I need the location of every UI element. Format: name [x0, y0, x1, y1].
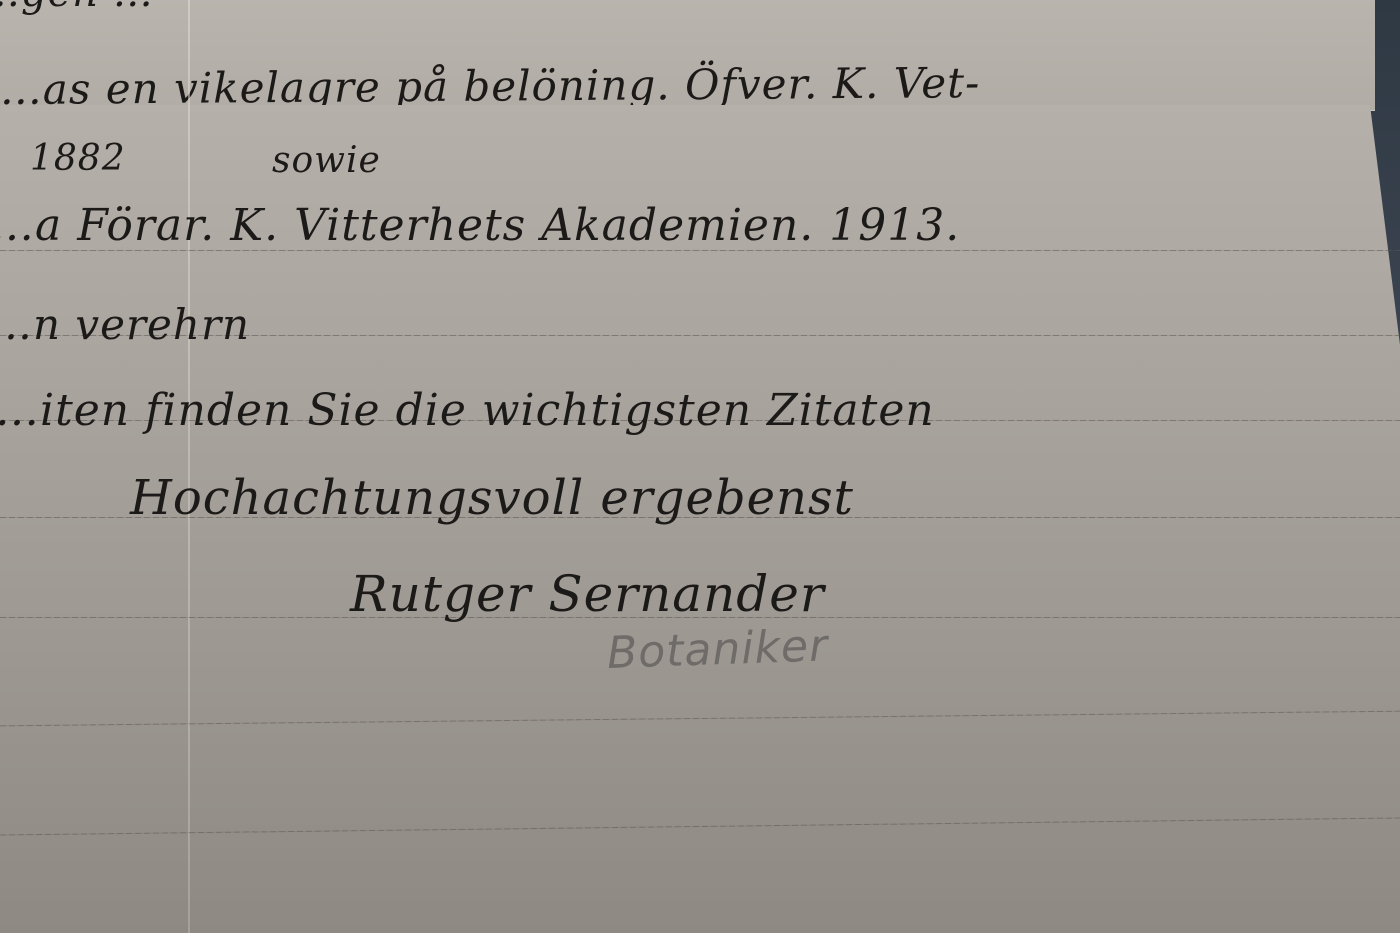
text-line-3: …a Förar. K. Vitterhets Akademien. 1913. [0, 200, 960, 251]
paper-fold-line [188, 0, 190, 933]
closing-text: Hochachtungsvoll ergebenst [130, 470, 854, 526]
pencil-annotation: Botaniker [606, 620, 829, 679]
text-line-5: …iten finden Sie die wichtigsten Zitaten [0, 385, 935, 436]
text-line-sowie: sowie [272, 140, 381, 181]
text-line-0: …gen … [0, 0, 154, 16]
upper-folded-sheet: …gen … …as en vikelagre på belöning. Öfv… [0, 0, 1375, 111]
text-line-4: …n verehrn [0, 300, 250, 349]
text-line-year: 1882 [30, 138, 126, 179]
letter-photo: …gen … …as en vikelagre på belöning. Öfv… [0, 0, 1400, 933]
signature: Rutger Sernander [350, 565, 825, 623]
